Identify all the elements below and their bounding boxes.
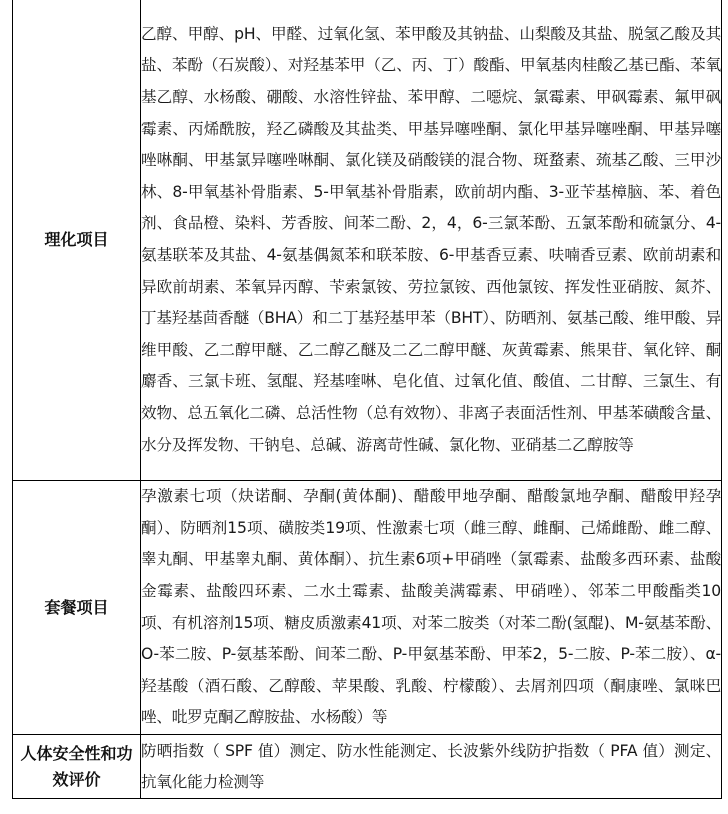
row-content-physicochemical: 乙醇、甲醇、pH、甲醛、过氧化氢、苯甲酸及其钠盐、山梨酸及其盐、脱氢乙酸及其盐、… — [141, 0, 722, 481]
table-row-safety-efficacy: 人体安全性和功效评价 防晒指数（ SPF 值）测定、防水性能测定、长波紫外线防护… — [13, 735, 722, 799]
row-label-physicochemical: 理化项目 — [13, 0, 141, 481]
row-content-safety-efficacy: 防晒指数（ SPF 值）测定、防水性能测定、长波紫外线防护指数（ PFA 值）测… — [141, 735, 722, 799]
table-row-package: 套餐项目 孕激素七项（炔诺酮、孕酮(黄体酮)、醋酸甲地孕酮、醋酸氯地孕酮、醋酸甲… — [13, 481, 722, 735]
test-items-table: 理化项目 乙醇、甲醇、pH、甲醛、过氧化氢、苯甲酸及其钠盐、山梨酸及其盐、脱氢乙… — [12, 0, 722, 799]
table-row-physicochemical: 理化项目 乙醇、甲醇、pH、甲醛、过氧化氢、苯甲酸及其钠盐、山梨酸及其盐、脱氢乙… — [13, 0, 722, 481]
row-content-package: 孕激素七项（炔诺酮、孕酮(黄体酮)、醋酸甲地孕酮、醋酸氯地孕酮、醋酸甲羟孕酮）、… — [141, 481, 722, 735]
row-label-safety-efficacy: 人体安全性和功效评价 — [13, 735, 141, 799]
row-label-package: 套餐项目 — [13, 481, 141, 735]
